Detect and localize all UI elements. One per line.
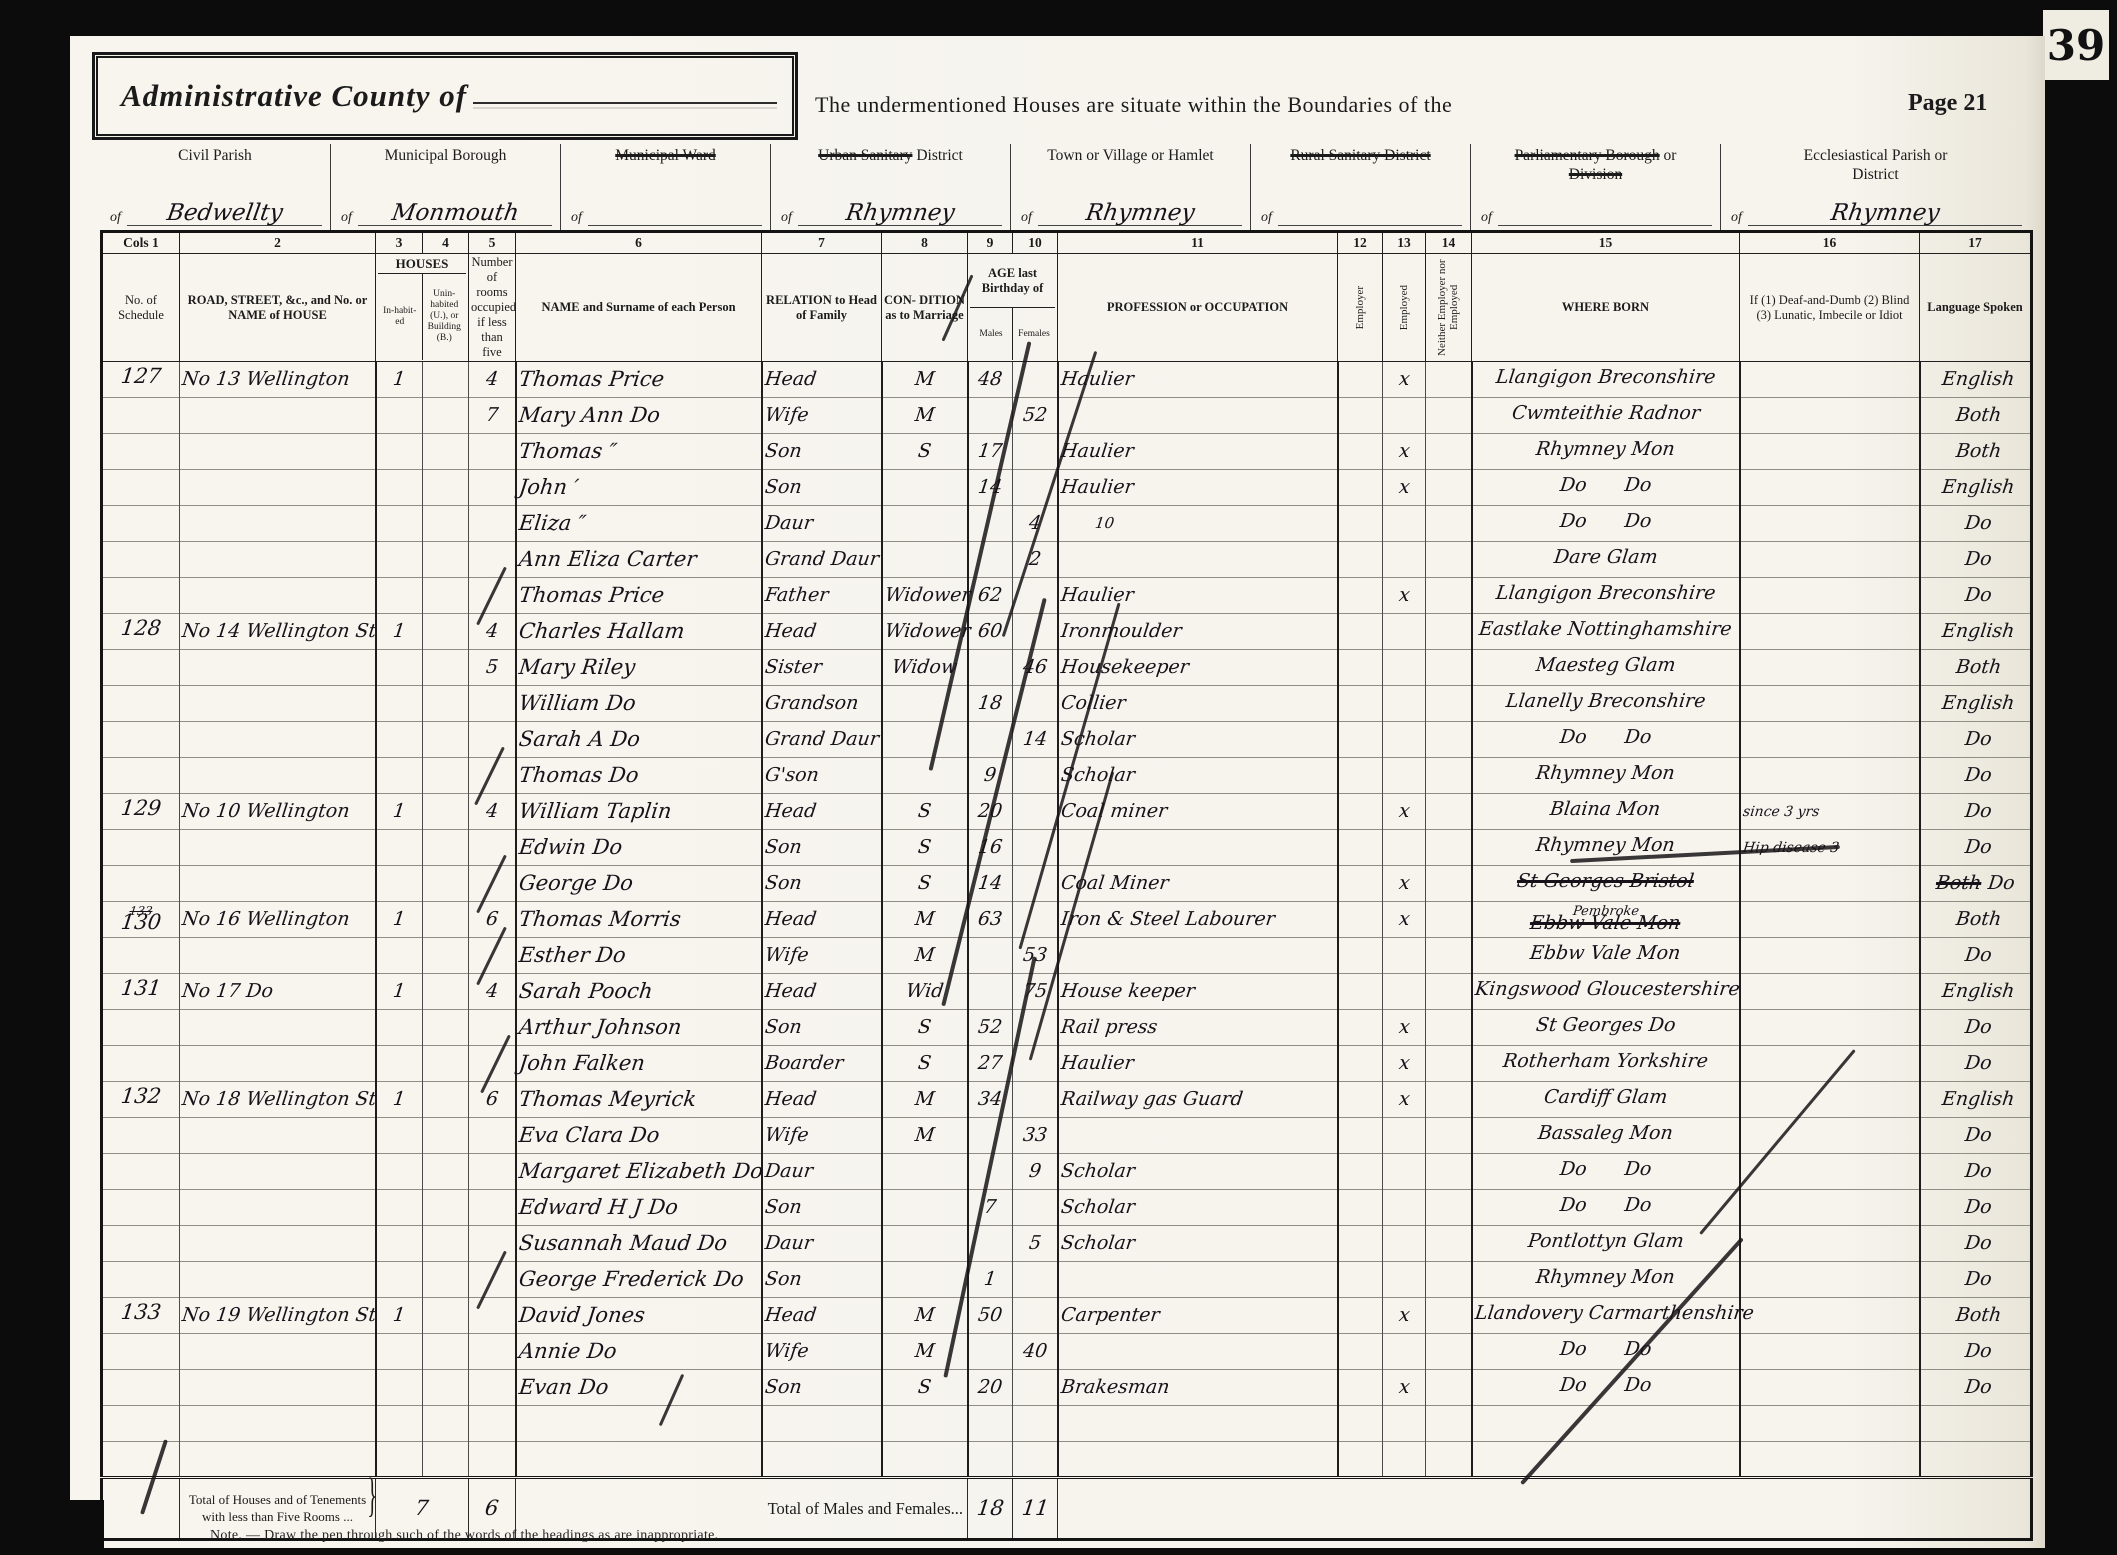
relation-cell: Grand Daur (762, 542, 882, 578)
neither-cell (1426, 758, 1472, 794)
relation-cell: Head (762, 902, 882, 938)
neither-cell (1426, 938, 1472, 974)
colnum-6: 6 (516, 232, 762, 254)
rooms-cell: 5 (469, 650, 516, 686)
language-cell: Do (1920, 1118, 2032, 1154)
employed-cell (1383, 830, 1426, 866)
age-males-cell: 20 (968, 1370, 1013, 1406)
rooms-cell (469, 830, 516, 866)
schedule-cell (102, 470, 180, 506)
road-cell (180, 1262, 376, 1298)
road-cell (180, 542, 376, 578)
colnum-2: 2 (180, 232, 376, 254)
employed-cell (1383, 758, 1426, 794)
rooms-cell (469, 506, 516, 542)
employer-cell (1338, 1010, 1383, 1046)
condition-cell: S (882, 794, 968, 830)
condition-cell (882, 722, 968, 758)
schedule-cell (102, 758, 180, 794)
language-cell: Do (1920, 794, 2032, 830)
uninhabited-cell (423, 1046, 469, 1082)
profession-cell: Haulier (1058, 470, 1338, 506)
name-cell: Annie Do (516, 1334, 762, 1370)
inhabited-cell (376, 1046, 423, 1082)
where-born-cell: Blaina Mon (1472, 794, 1740, 830)
condition-cell: Wid (882, 974, 968, 1010)
employer-cell (1338, 686, 1383, 722)
district-strip: Civil Parish ofBedwellty Municipal Borou… (100, 144, 2030, 230)
road-cell (180, 578, 376, 614)
age-males-cell: 48 (968, 362, 1013, 398)
neither-cell (1426, 1010, 1472, 1046)
infirmity-cell (1740, 614, 1920, 650)
where-born-cell: Ebbw Vale Mon (1472, 938, 1740, 974)
employed-cell: x (1383, 470, 1426, 506)
uninhabited-cell (423, 362, 469, 398)
header-age-females: Females (1012, 308, 1055, 360)
employed-cell: x (1383, 902, 1426, 938)
header-rooms: Number of rooms occupied if less than fi… (469, 254, 516, 362)
inhabited-cell (376, 830, 423, 866)
where-born-cell (1472, 1442, 1740, 1478)
employer-cell (1338, 1298, 1383, 1334)
language-cell: English (1920, 1082, 2032, 1118)
colnum-1: Cols 1 (102, 232, 180, 254)
relation-cell: Head (762, 1298, 882, 1334)
census-form-paper: Administrative County of The undermentio… (70, 36, 2045, 1548)
language-cell (1920, 1442, 2032, 1478)
language-cell: Do (1920, 542, 2032, 578)
inhabited-cell: 1 (376, 902, 423, 938)
condition-cell: Widower (882, 614, 968, 650)
employed-cell: x (1383, 1010, 1426, 1046)
language-cell: Do (1920, 1046, 2032, 1082)
profession-cell (1058, 938, 1338, 974)
language-cell: Both (1920, 902, 2032, 938)
employed-cell: x (1383, 362, 1426, 398)
colnum-3: 3 (376, 232, 423, 254)
uninhabited-cell (423, 1298, 469, 1334)
road-cell (180, 686, 376, 722)
name-cell (516, 1442, 762, 1478)
age-females-cell (1013, 1298, 1058, 1334)
employer-cell (1338, 434, 1383, 470)
profession-cell (1058, 1262, 1338, 1298)
employed-cell (1383, 1406, 1426, 1442)
language-cell: English (1920, 362, 2032, 398)
name-cell: Thomas Price (516, 578, 762, 614)
infirmity-cell (1740, 722, 1920, 758)
road-cell (180, 434, 376, 470)
age-males-cell: 1 (968, 1262, 1013, 1298)
employer-cell (1338, 1190, 1383, 1226)
infirmity-cell (1740, 578, 1920, 614)
employer-cell (1338, 1118, 1383, 1154)
inhabited-cell: 1 (376, 614, 423, 650)
age-females-cell (1013, 434, 1058, 470)
employed-cell: x (1383, 1046, 1426, 1082)
header-language: Language Spoken (1920, 254, 2032, 362)
scanned-census-page: 39 Administrative County of The undermen… (0, 0, 2117, 1555)
where-born-cell: Bassaleg Mon (1472, 1118, 1740, 1154)
road-cell (180, 1046, 376, 1082)
inhabited-cell (376, 578, 423, 614)
road-cell (180, 398, 376, 434)
language-cell: Do (1920, 506, 2032, 542)
inhabited-cell (376, 1226, 423, 1262)
inhabited-cell (376, 1118, 423, 1154)
language-cell: Both (1920, 434, 2032, 470)
relation-cell: Grandson (762, 686, 882, 722)
neither-cell (1426, 542, 1472, 578)
where-born-cell: Maesteg Glam (1472, 650, 1740, 686)
infirmity-cell (1740, 470, 1920, 506)
name-cell: John Falken (516, 1046, 762, 1082)
column-number-row: Cols 1 2 3 4 5 6 7 8 9 10 11 12 13 14 15… (102, 232, 2032, 254)
relation-cell: Wife (762, 938, 882, 974)
infirmity-cell (1740, 974, 1920, 1010)
schedule-cell: 133 (102, 1298, 180, 1334)
neither-cell (1426, 830, 1472, 866)
road-cell (180, 722, 376, 758)
rooms-cell (469, 1442, 516, 1478)
infirmity-cell (1740, 542, 1920, 578)
neither-cell (1426, 1298, 1472, 1334)
employer-cell (1338, 758, 1383, 794)
infirmity-cell (1740, 1334, 1920, 1370)
table-row (102, 1442, 2032, 1478)
scan-edge-mark (70, 1500, 104, 1548)
rooms-cell (469, 542, 516, 578)
uninhabited-cell (423, 1010, 469, 1046)
uninhabited-cell (423, 434, 469, 470)
colnum-15: 15 (1472, 232, 1740, 254)
district-urban-sanitary: Urban Sanitary District ofRhymney (770, 144, 1010, 230)
age-females-cell (1013, 1442, 1058, 1478)
language-cell: Do (1920, 578, 2032, 614)
age-females-cell (1013, 758, 1058, 794)
age-males-cell: 16 (968, 830, 1013, 866)
employed-cell (1383, 974, 1426, 1010)
header-neither: Neither Employer nor Employed (1426, 254, 1472, 362)
census-table: Cols 1 2 3 4 5 6 7 8 9 10 11 12 13 14 15… (100, 230, 2033, 1541)
neither-cell (1426, 974, 1472, 1010)
language-cell: English (1920, 686, 2032, 722)
employer-cell (1338, 1334, 1383, 1370)
language-cell: Do (1920, 1154, 2032, 1190)
neither-cell (1426, 866, 1472, 902)
road-cell (180, 506, 376, 542)
table-row: William Do Grandson 18 Collier Llanelly … (102, 686, 2032, 722)
condition-cell: M (882, 902, 968, 938)
name-cell: Eliza ″ (516, 506, 762, 542)
condition-cell (882, 1154, 968, 1190)
name-cell: Mary Riley (516, 650, 762, 686)
relation-cell: Son (762, 434, 882, 470)
condition-cell: S (882, 830, 968, 866)
schedule-cell (102, 1154, 180, 1190)
language-cell: BothDo (1920, 866, 2032, 902)
condition-cell (882, 542, 968, 578)
where-born-cell: Llangigon Breconshire (1472, 362, 1740, 398)
profession-cell: Haulier (1058, 1046, 1338, 1082)
folio-number-chip: 39 (2043, 10, 2109, 80)
rooms-cell (469, 1370, 516, 1406)
relation-cell: Son (762, 1190, 882, 1226)
language-cell: Both (1920, 650, 2032, 686)
employed-cell: x (1383, 1298, 1426, 1334)
relation-cell: Sister (762, 650, 882, 686)
employer-cell (1338, 470, 1383, 506)
infirmity-cell: since 3 yrs (1740, 794, 1920, 830)
road-cell (180, 866, 376, 902)
name-cell: Eva Clara Do (516, 1118, 762, 1154)
relation-cell: Head (762, 1082, 882, 1118)
employed-cell (1383, 542, 1426, 578)
condition-cell (882, 758, 968, 794)
employed-cell (1383, 1118, 1426, 1154)
language-cell: Do (1920, 830, 2032, 866)
employed-cell (1383, 1154, 1426, 1190)
rooms-cell (469, 434, 516, 470)
schedule-cell: 129 (102, 794, 180, 830)
relation-cell: Son (762, 1370, 882, 1406)
schedule-cell: 133130 (102, 902, 180, 938)
uninhabited-cell (423, 1082, 469, 1118)
language-cell: Do (1920, 1262, 2032, 1298)
language-cell: Do (1920, 722, 2032, 758)
profession-cell: Scholar (1058, 1154, 1338, 1190)
employer-cell (1338, 1154, 1383, 1190)
uninhabited-cell (423, 578, 469, 614)
language-cell: Do (1920, 1226, 2032, 1262)
schedule-cell (102, 1190, 180, 1226)
uninhabited-cell (423, 1370, 469, 1406)
relation-cell (762, 1406, 882, 1442)
rooms-cell: 4 (469, 974, 516, 1010)
name-cell: George Frederick Do (516, 1262, 762, 1298)
employer-cell (1338, 398, 1383, 434)
infirmity-cell (1740, 902, 1920, 938)
inhabited-cell (376, 1442, 423, 1478)
language-cell: English (1920, 974, 2032, 1010)
table-row: George Do Son S 14 Coal Miner x St Georg… (102, 866, 2032, 902)
header-inhabited: In-habit-ed (378, 274, 422, 360)
neither-cell (1426, 1190, 1472, 1226)
profession-cell: Haulier (1058, 434, 1338, 470)
profession-cell: Haulier (1058, 578, 1338, 614)
colnum-8: 8 (882, 232, 968, 254)
uninhabited-cell (423, 398, 469, 434)
language-cell (1920, 1406, 2032, 1442)
schedule-cell (102, 542, 180, 578)
infirmity-cell (1740, 1118, 1920, 1154)
infirmity-cell (1740, 938, 1920, 974)
rooms-cell (469, 686, 516, 722)
rooms-cell (469, 1118, 516, 1154)
uninhabited-cell (423, 650, 469, 686)
colnum-4: 4 (423, 232, 469, 254)
table-row: Annie Do Wife M 40 Do Do Do (102, 1334, 2032, 1370)
table-row: Edward H J Do Son 7 Scholar Do Do Do (102, 1190, 2032, 1226)
age-females-cell (1013, 1082, 1058, 1118)
schedule-cell (102, 506, 180, 542)
employer-cell (1338, 722, 1383, 758)
table-row: Ann Eliza Carter Grand Daur 2 Dare Glam … (102, 542, 2032, 578)
name-cell: Sarah Pooch (516, 974, 762, 1010)
schedule-cell (102, 686, 180, 722)
road-cell (180, 1370, 376, 1406)
page-number: Page 21 (1908, 90, 1987, 117)
header-age-males: Males (970, 308, 1012, 360)
uninhabited-cell (423, 1118, 469, 1154)
where-born-cell: Llangigon Breconshire (1472, 578, 1740, 614)
infirmity-cell (1740, 434, 1920, 470)
uninhabited-cell (423, 830, 469, 866)
age-females-cell (1013, 1046, 1058, 1082)
where-born-cell: Rotherham Yorkshire (1472, 1046, 1740, 1082)
employed-cell (1383, 650, 1426, 686)
relation-cell: Daur (762, 506, 882, 542)
table-row: Edwin Do Son S 16 Rhymney Mon Hip diseas… (102, 830, 2032, 866)
where-born-cell: Rhymney Mon (1472, 758, 1740, 794)
employer-cell (1338, 1406, 1383, 1442)
infirmity-cell (1740, 1406, 1920, 1442)
road-cell (180, 1118, 376, 1154)
language-cell: Do (1920, 1334, 2032, 1370)
inhabited-cell (376, 722, 423, 758)
employer-cell (1338, 1046, 1383, 1082)
language-cell: Do (1920, 1010, 2032, 1046)
condition-cell: S (882, 1046, 968, 1082)
relation-cell: Wife (762, 1334, 882, 1370)
where-born-cell: Llandovery Carmarthenshire (1472, 1298, 1740, 1334)
uninhabited-cell (423, 1262, 469, 1298)
uninhabited-cell (423, 1190, 469, 1226)
where-born-cell: Kingswood Gloucestershire (1472, 974, 1740, 1010)
header-employer: Employer (1338, 254, 1383, 362)
inhabited-cell (376, 650, 423, 686)
profession-cell: Scholar (1058, 722, 1338, 758)
inhabited-cell (376, 758, 423, 794)
condition-cell (882, 1406, 968, 1442)
inhabited-cell (376, 1406, 423, 1442)
table-row: Eva Clara Do Wife M 33 Bassaleg Mon Do (102, 1118, 2032, 1154)
table-row: John ′ Son 14 Haulier x Do Do English (102, 470, 2032, 506)
infirmity-cell (1740, 1190, 1920, 1226)
brace-glyph: } (367, 1468, 377, 1528)
condition-cell (882, 1226, 968, 1262)
relation-cell: Son (762, 470, 882, 506)
folio-number: 39 (2047, 21, 2105, 70)
schedule-cell (102, 938, 180, 974)
relation-cell: Father (762, 578, 882, 614)
uninhabited-cell (423, 542, 469, 578)
infirmity-cell (1740, 1226, 1920, 1262)
relation-cell: Head (762, 362, 882, 398)
infirmity-cell (1740, 362, 1920, 398)
age-males-cell: 63 (968, 902, 1013, 938)
name-cell: John ′ (516, 470, 762, 506)
relation-cell: Wife (762, 1118, 882, 1154)
schedule-cell (102, 722, 180, 758)
relation-cell: Wife (762, 398, 882, 434)
profession-cell (1058, 830, 1338, 866)
employed-cell (1383, 938, 1426, 974)
profession-cell (1058, 398, 1338, 434)
employer-cell (1338, 1082, 1383, 1118)
condition-cell (882, 506, 968, 542)
name-cell: Thomas ″ (516, 434, 762, 470)
name-cell: Thomas Morris (516, 902, 762, 938)
table-row: Arthur Johnson Son S 52 Rail press x St … (102, 1010, 2032, 1046)
rooms-cell (469, 1226, 516, 1262)
where-born-cell: Eastlake Nottinghamshire (1472, 614, 1740, 650)
employed-cell: x (1383, 1370, 1426, 1406)
rooms-cell (469, 1298, 516, 1334)
profession-cell: Scholar (1058, 758, 1338, 794)
infirmity-cell (1740, 650, 1920, 686)
colnum-7: 7 (762, 232, 882, 254)
profession-cell: Brakesman (1058, 1370, 1338, 1406)
table-row: 7 Mary Ann Do Wife M 52 Cwmteithie Radno… (102, 398, 2032, 434)
profession-cell: 10 (1058, 506, 1338, 542)
uninhabited-cell (423, 614, 469, 650)
age-females-cell (1013, 1370, 1058, 1406)
profession-cell: House keeper (1058, 974, 1338, 1010)
rooms-cell (469, 1046, 516, 1082)
neither-cell (1426, 1334, 1472, 1370)
table-row: 128 No 14 Wellington St 1 4 Charles Hall… (102, 614, 2032, 650)
inhabited-cell (376, 1370, 423, 1406)
header-infirmity: If (1) Deaf-and-Dumb (2) Blind (3) Lunat… (1740, 254, 1920, 362)
road-cell (180, 938, 376, 974)
colnum-10: 10 (1013, 232, 1058, 254)
schedule-cell (102, 830, 180, 866)
infirmity-cell (1740, 1298, 1920, 1334)
condition-cell (882, 1442, 968, 1478)
district-municipal-ward: Municipal Ward of (560, 144, 770, 230)
employed-cell: x (1383, 866, 1426, 902)
uninhabited-cell (423, 506, 469, 542)
where-born-cell: Do Do (1472, 506, 1740, 542)
road-cell: No 16 Wellington (180, 902, 376, 938)
relation-cell: Boarder (762, 1046, 882, 1082)
name-cell: David Jones (516, 1298, 762, 1334)
profession-cell (1058, 1334, 1338, 1370)
profession-cell: Railway gas Guard (1058, 1082, 1338, 1118)
language-cell: English (1920, 614, 2032, 650)
condition-cell: M (882, 362, 968, 398)
neither-cell (1426, 362, 1472, 398)
language-cell: Do (1920, 758, 2032, 794)
age-females-cell (1013, 1190, 1058, 1226)
where-born-cell: Llanelly Breconshire (1472, 686, 1740, 722)
road-cell (180, 1154, 376, 1190)
where-born-cell: PembrokeEbbw Vale Mon (1472, 902, 1740, 938)
schedule-cell (102, 1334, 180, 1370)
table-row: John Falken Boarder S 27 Haulier x Rothe… (102, 1046, 2032, 1082)
language-cell: English (1920, 470, 2032, 506)
employer-cell (1338, 506, 1383, 542)
age-females-cell: 9 (1013, 1154, 1058, 1190)
employer-cell (1338, 1370, 1383, 1406)
employed-cell (1383, 614, 1426, 650)
schedule-cell (102, 1370, 180, 1406)
age-males-cell: 52 (968, 1010, 1013, 1046)
condition-cell: M (882, 398, 968, 434)
schedule-cell (102, 1442, 180, 1478)
